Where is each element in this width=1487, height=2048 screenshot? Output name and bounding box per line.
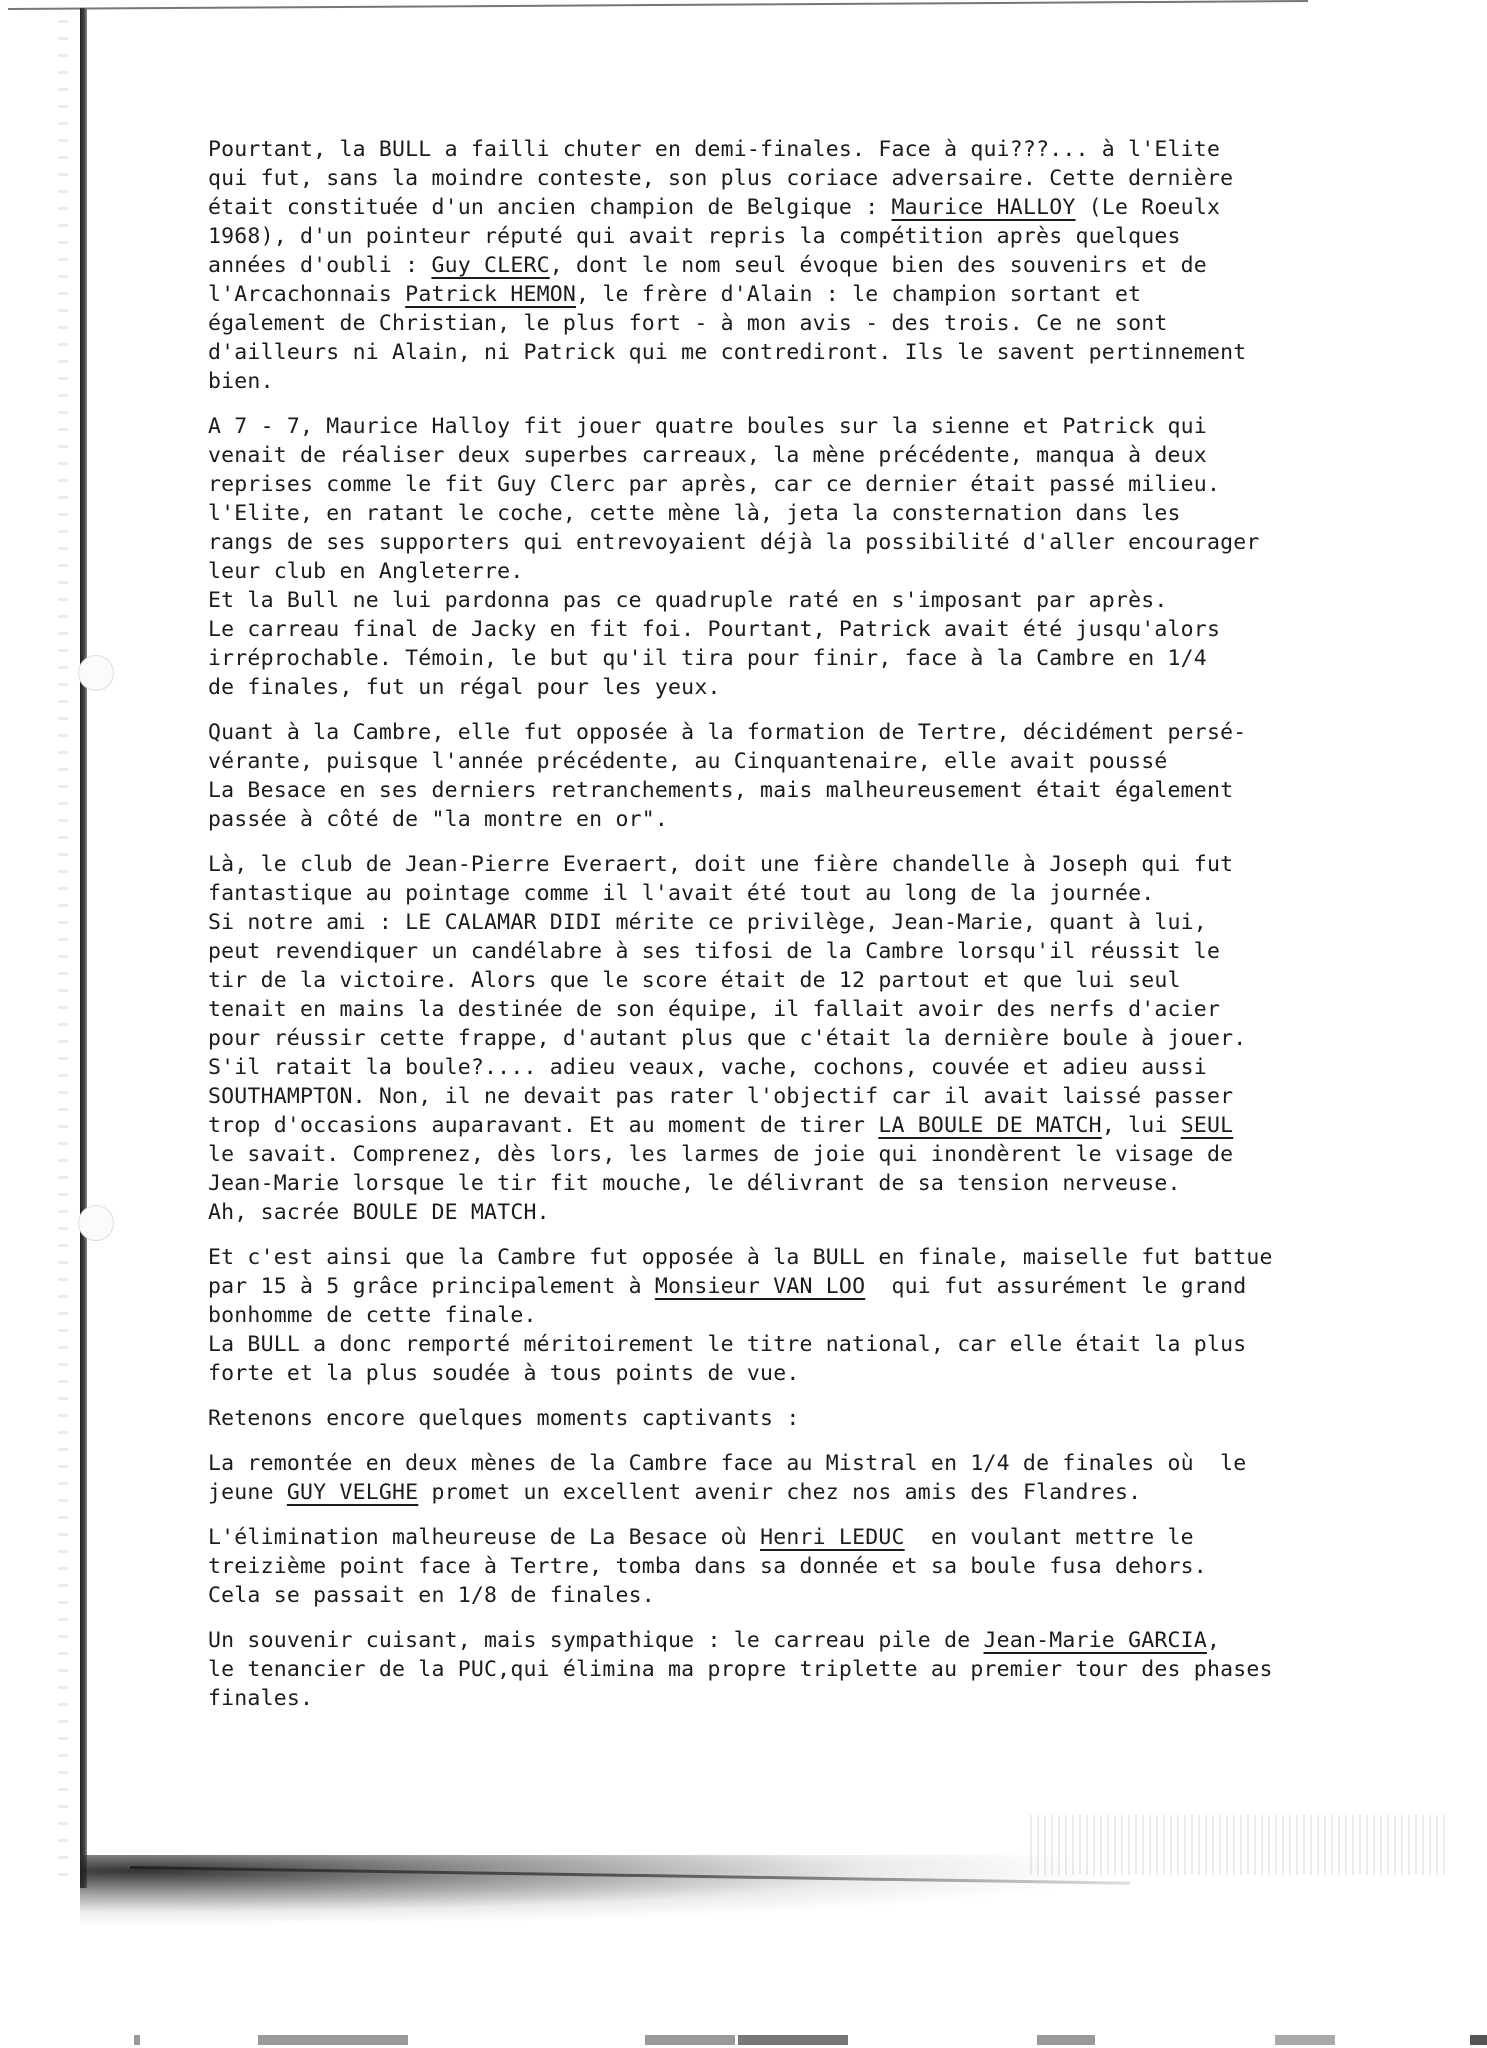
text-segment: fantastique au pointage comme il l'avait… [208, 881, 1154, 906]
text-line: venait de réaliser deux superbes carreau… [208, 441, 1418, 470]
text-line: L'élimination malheureuse de La Besace o… [208, 1523, 1418, 1552]
text-segment: l'Elite, en ratant le coche, cette mène … [208, 501, 1181, 526]
text-line: 1968), d'un pointeur réputé qui avait re… [208, 222, 1418, 251]
text-line: Le carreau final de Jacky en fit foi. Po… [208, 615, 1418, 644]
text-line: par 15 à 5 grâce principalement à Monsie… [208, 1272, 1418, 1301]
text-segment: Retenons encore quelques moments captiva… [208, 1406, 799, 1431]
text-segment: vérante, puisque l'année précédente, au … [208, 749, 1168, 774]
text-line: tir de la victoire. Alors que le score é… [208, 966, 1418, 995]
text-segment: La remontée en deux mènes de la Cambre f… [208, 1451, 1246, 1476]
text-line: l'Arcachonnais Patrick HEMON, le frère d… [208, 280, 1418, 309]
text-segment: , le frère d'Alain : le champion sortant… [576, 282, 1141, 307]
text-line: trop d'occasions auparavant. Et au momen… [208, 1111, 1418, 1140]
text-line: Pourtant, la BULL a failli chuter en dem… [208, 135, 1418, 164]
text-segment: l'Arcachonnais [208, 282, 405, 307]
document-body: Pourtant, la BULL a failli chuter en dem… [208, 135, 1418, 1729]
text-segment: de finales, fut un régal pour les yeux. [208, 675, 721, 700]
text-segment: passée à côté de "la montre en or". [208, 807, 668, 832]
text-line: Quant à la Cambre, elle fut opposée à la… [208, 718, 1418, 747]
text-line: bien. [208, 367, 1418, 396]
text-line: La remontée en deux mènes de la Cambre f… [208, 1449, 1418, 1478]
text-segment: SOUTHAMPTON. Non, il ne devait pas rater… [208, 1084, 1233, 1109]
feed-mark [645, 2035, 735, 2045]
text-line: était constituée d'un ancien champion de… [208, 193, 1418, 222]
text-segment: qui fut, sans la moindre conteste, son p… [208, 166, 1233, 191]
text-segment: , lui [1102, 1113, 1181, 1138]
text-line: Un souvenir cuisant, mais sympathique : … [208, 1626, 1418, 1655]
text-segment: Jean-Marie lorsque le tir fit mouche, le… [208, 1171, 1181, 1196]
text-segment: L'élimination malheureuse de La Besace o… [208, 1525, 760, 1550]
text-segment: reprises comme le fit Guy Clerc par aprè… [208, 472, 1220, 497]
text-segment: le tenancier de la PUC,qui élimina ma pr… [208, 1657, 1273, 1682]
text-segment: d'ailleurs ni Alain, ni Patrick qui me c… [208, 340, 1246, 365]
text-segment: , dont le nom seul évoque bien des souve… [550, 253, 1207, 278]
underlined-name: Jean-Marie GARCIA [984, 1628, 1207, 1653]
text-segment: treizième point face à Tertre, tomba dan… [208, 1554, 1207, 1579]
text-line: Jean-Marie lorsque le tir fit mouche, le… [208, 1169, 1418, 1198]
text-line: Là, le club de Jean-Pierre Everaert, doi… [208, 850, 1418, 879]
text-segment: Quant à la Cambre, elle fut opposée à la… [208, 720, 1246, 745]
text-segment: qui fut assurément le grand [865, 1274, 1246, 1299]
text-segment: également de Christian, le plus fort - à… [208, 311, 1168, 336]
feed-mark [134, 2035, 140, 2045]
text-line: tenait en mains la destinée de son équip… [208, 995, 1418, 1024]
text-line: Et c'est ainsi que la Cambre fut opposée… [208, 1243, 1418, 1272]
text-segment: (Le Roeulx [1076, 195, 1221, 220]
text-line: également de Christian, le plus fort - à… [208, 309, 1418, 338]
text-segment: années d'oubli : [208, 253, 431, 278]
paragraph: Là, le club de Jean-Pierre Everaert, doi… [208, 850, 1418, 1227]
feed-mark [258, 2035, 408, 2045]
text-line: A 7 - 7, Maurice Halloy fit jouer quatre… [208, 412, 1418, 441]
text-segment: forte et la plus soudée à tous points de… [208, 1361, 799, 1386]
text-segment: rangs de ses supporters qui entrevoyaien… [208, 530, 1260, 555]
text-line: qui fut, sans la moindre conteste, son p… [208, 164, 1418, 193]
text-segment: venait de réaliser deux superbes carreau… [208, 443, 1207, 468]
text-segment: peut revendiquer un candélabre à ses tif… [208, 939, 1220, 964]
text-segment: Ah, sacrée BOULE DE MATCH. [208, 1200, 550, 1225]
text-line: de finales, fut un régal pour les yeux. [208, 673, 1418, 702]
text-line: bonhomme de cette finale. [208, 1301, 1418, 1330]
underlined-name: Patrick HEMON [405, 282, 576, 307]
text-segment: était constituée d'un ancien champion de… [208, 195, 892, 220]
text-segment: jeune [208, 1480, 287, 1505]
text-line: le savait. Comprenez, dès lors, les larm… [208, 1140, 1418, 1169]
feed-mark [1275, 2035, 1335, 2045]
text-segment: 1968), d'un pointeur réputé qui avait re… [208, 224, 1181, 249]
text-segment: trop d'occasions auparavant. Et au momen… [208, 1113, 878, 1138]
text-line: l'Elite, en ratant le coche, cette mène … [208, 499, 1418, 528]
scan-top-edge [8, 0, 1308, 10]
text-segment: Et c'est ainsi que la Cambre fut opposée… [208, 1245, 1273, 1270]
paragraph: Un souvenir cuisant, mais sympathique : … [208, 1626, 1418, 1713]
text-line: le tenancier de la PUC,qui élimina ma pr… [208, 1655, 1418, 1684]
paragraph: La remontée en deux mènes de la Cambre f… [208, 1449, 1418, 1507]
underlined-name: Monsieur VAN LOO [655, 1274, 865, 1299]
paragraph: Pourtant, la BULL a failli chuter en dem… [208, 135, 1418, 396]
text-segment: Un souvenir cuisant, mais sympathique : … [208, 1628, 984, 1653]
text-line: d'ailleurs ni Alain, ni Patrick qui me c… [208, 338, 1418, 367]
text-line: Retenons encore quelques moments captiva… [208, 1404, 1418, 1433]
feed-mark [1037, 2035, 1095, 2045]
text-line: SOUTHAMPTON. Non, il ne devait pas rater… [208, 1082, 1418, 1111]
paragraph: Et c'est ainsi que la Cambre fut opposée… [208, 1243, 1418, 1388]
text-segment: Le carreau final de Jacky en fit foi. Po… [208, 617, 1220, 642]
text-line: treizième point face à Tertre, tomba dan… [208, 1552, 1418, 1581]
text-segment: promet un excellent avenir chez nos amis… [418, 1480, 1141, 1505]
text-segment: La Besace en ses derniers retranchements… [208, 778, 1233, 803]
underlined-name: SEUL [1181, 1113, 1234, 1138]
text-segment: tenait en mains la destinée de son équip… [208, 997, 1220, 1022]
underlined-name: LA BOULE DE MATCH [878, 1113, 1101, 1138]
text-line: peut revendiquer un candélabre à ses tif… [208, 937, 1418, 966]
text-segment: Là, le club de Jean-Pierre Everaert, doi… [208, 852, 1233, 877]
paragraph: A 7 - 7, Maurice Halloy fit jouer quatre… [208, 412, 1418, 702]
text-line: passée à côté de "la montre en or". [208, 805, 1418, 834]
text-line: leur club en Angleterre. [208, 557, 1418, 586]
text-line: S'il ratait la boule?.... adieu veaux, v… [208, 1053, 1418, 1082]
text-segment: Et la Bull ne lui pardonna pas ce quadru… [208, 588, 1168, 613]
paragraph: L'élimination malheureuse de La Besace o… [208, 1523, 1418, 1610]
underlined-name: Maurice HALLOY [892, 195, 1076, 220]
text-segment: pour réussir cette frappe, d'autant plus… [208, 1026, 1246, 1051]
text-line: Cela se passait en 1/8 de finales. [208, 1581, 1418, 1610]
scan-left-edge [80, 8, 87, 1888]
text-segment: S'il ratait la boule?.... adieu veaux, v… [208, 1055, 1207, 1080]
text-line: vérante, puisque l'année précédente, au … [208, 747, 1418, 776]
text-line: rangs de ses supporters qui entrevoyaien… [208, 528, 1418, 557]
paragraph: Quant à la Cambre, elle fut opposée à la… [208, 718, 1418, 834]
text-segment: finales. [208, 1686, 313, 1711]
text-line: années d'oubli : Guy CLERC, dont le nom … [208, 251, 1418, 280]
text-segment: Cela se passait en 1/8 de finales. [208, 1583, 655, 1608]
text-line: fantastique au pointage comme il l'avait… [208, 879, 1418, 908]
text-line: forte et la plus soudée à tous points de… [208, 1359, 1418, 1388]
text-line: irréprochable. Témoin, le but qu'il tira… [208, 644, 1418, 673]
underlined-name: Guy CLERC [431, 253, 549, 278]
text-segment: en voulant mettre le [905, 1525, 1194, 1550]
text-segment: Pourtant, la BULL a failli chuter en dem… [208, 137, 1220, 162]
text-segment: bonhomme de cette finale. [208, 1303, 537, 1328]
paragraph: Retenons encore quelques moments captiva… [208, 1404, 1418, 1433]
underlined-name: GUY VELGHE [287, 1480, 418, 1505]
scan-left-speckle [58, 20, 68, 1880]
text-line: finales. [208, 1684, 1418, 1713]
text-line: reprises comme le fit Guy Clerc par aprè… [208, 470, 1418, 499]
text-line: Et la Bull ne lui pardonna pas ce quadru… [208, 586, 1418, 615]
underlined-name: Henri LEDUC [760, 1525, 905, 1550]
text-line: Si notre ami : LE CALAMAR DIDI mérite ce… [208, 908, 1418, 937]
text-line: pour réussir cette frappe, d'autant plus… [208, 1024, 1418, 1053]
text-line: La BULL a donc remporté méritoirement le… [208, 1330, 1418, 1359]
scan-bottom-shadow [80, 1855, 1280, 1935]
text-segment: A 7 - 7, Maurice Halloy fit jouer quatre… [208, 414, 1207, 439]
punch-hole [78, 1205, 114, 1241]
text-segment: irréprochable. Témoin, le but qu'il tira… [208, 646, 1207, 671]
text-segment: La BULL a donc remporté méritoirement le… [208, 1332, 1246, 1357]
text-line: Ah, sacrée BOULE DE MATCH. [208, 1198, 1418, 1227]
text-segment: Si notre ami : LE CALAMAR DIDI mérite ce… [208, 910, 1207, 935]
text-segment: le savait. Comprenez, dès lors, les larm… [208, 1142, 1233, 1167]
feed-mark [738, 2035, 848, 2045]
text-segment: leur club en Angleterre. [208, 559, 523, 584]
text-segment: bien. [208, 369, 274, 394]
text-segment: tir de la victoire. Alors que le score é… [208, 968, 1181, 993]
text-segment: par 15 à 5 grâce principalement à [208, 1274, 655, 1299]
feed-mark [1470, 2035, 1487, 2045]
text-line: La Besace en ses derniers retranchements… [208, 776, 1418, 805]
text-line: jeune GUY VELGHE promet un excellent ave… [208, 1478, 1418, 1507]
text-segment: , [1207, 1628, 1220, 1653]
punch-hole [78, 655, 114, 691]
